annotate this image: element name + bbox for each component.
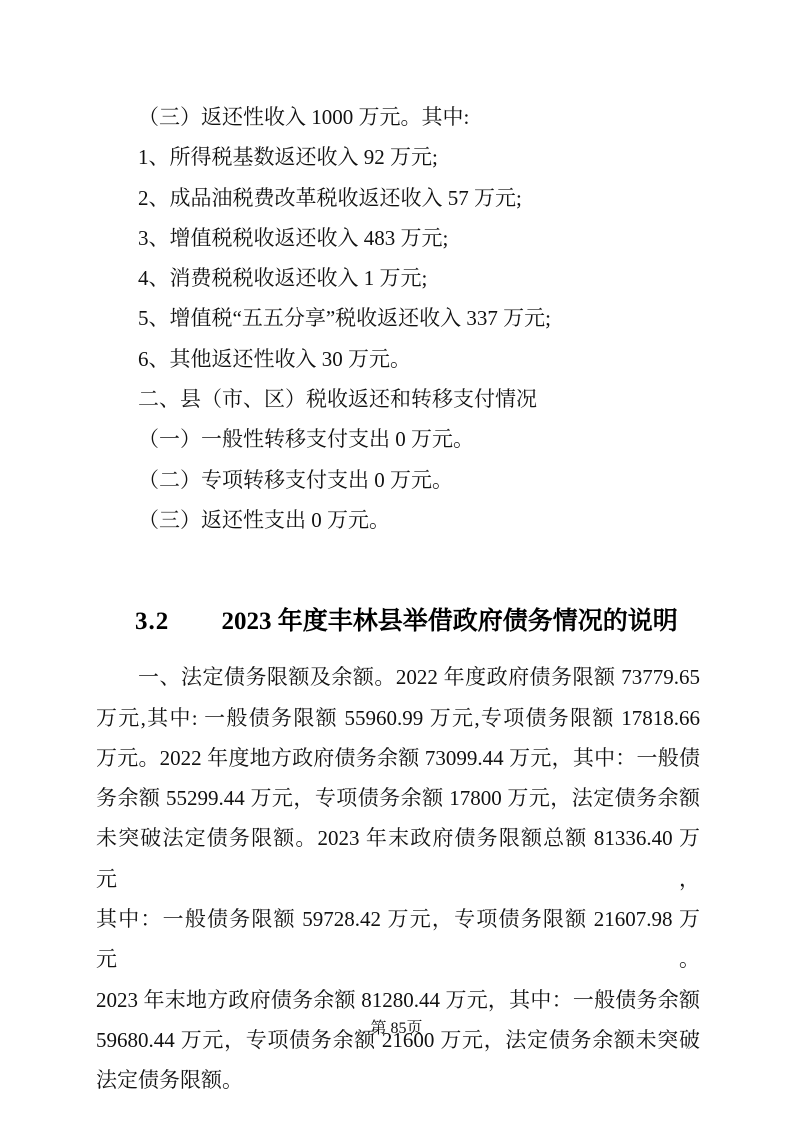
- sub-item-2: （二）专项转移支付支出 0 万元。: [96, 460, 700, 500]
- sub-item-1: （一）一般性转移支付支出 0 万元。: [96, 419, 700, 459]
- page-content: （三）返还性收入 1000 万元。其中: 1、所得税基数返还收入 92 万元; …: [96, 97, 700, 1101]
- paragraph-line: 其中：一般债务限额 59728.42 万元，专项债务限额 21607.98 万元…: [96, 899, 700, 980]
- section-heading-number: 3.2: [135, 600, 169, 644]
- section-heading-title: 2023 年度丰林县举借政府债务情况的说明: [222, 600, 678, 644]
- paragraph-line: 一、法定债务限额及余额。2022 年度政府债务限额 73779.65: [96, 657, 700, 697]
- paragraph-line: 万元。2022 年度地方政府债务余额 73099.44 万元，其中：一般债: [96, 738, 700, 778]
- list-item-2: 2、成品油税费改革税收返还收入 57 万元;: [96, 178, 700, 218]
- sub-item-3: （三）返还性支出 0 万元。: [96, 500, 700, 540]
- list-item-4: 4、消费税税收返还收入 1 万元;: [96, 258, 700, 298]
- section-title-line: 二、县（市、区）税收返还和转移支付情况: [96, 379, 700, 419]
- list-item-5: 5、增值税“五五分享”税收返还收入 337 万元;: [96, 298, 700, 338]
- list-item-3: 3、增值税税收返还收入 483 万元;: [96, 218, 700, 258]
- list-item-1: 1、所得税基数返还收入 92 万元;: [96, 137, 700, 177]
- paragraph-line: 未突破法定债务限额。2023 年末政府债务限额总额 81336.40 万元，: [96, 818, 700, 899]
- list-item-6: 6、其他返还性收入 30 万元。: [96, 339, 700, 379]
- section-heading: 3.2 2023 年度丰林县举借政府债务情况的说明: [96, 600, 700, 644]
- page-number-footer: 第 85页: [0, 1019, 793, 1039]
- paragraph-line: 万元,其中: 一般债务限额 55960.99 万元,专项债务限额 17818.6…: [96, 698, 700, 738]
- paragraph-line: 2023 年末地方政府债务余额 81280.44 万元，其中：一般债务余额: [96, 980, 700, 1020]
- document-page: （三）返还性收入 1000 万元。其中: 1、所得税基数返还收入 92 万元; …: [0, 0, 793, 1122]
- section-line: （三）返还性收入 1000 万元。其中:: [96, 97, 700, 137]
- paragraph-line: 法定债务限额。: [96, 1060, 700, 1100]
- paragraph-line: 务余额 55299.44 万元，专项债务余额 17800 万元，法定债务余额: [96, 778, 700, 818]
